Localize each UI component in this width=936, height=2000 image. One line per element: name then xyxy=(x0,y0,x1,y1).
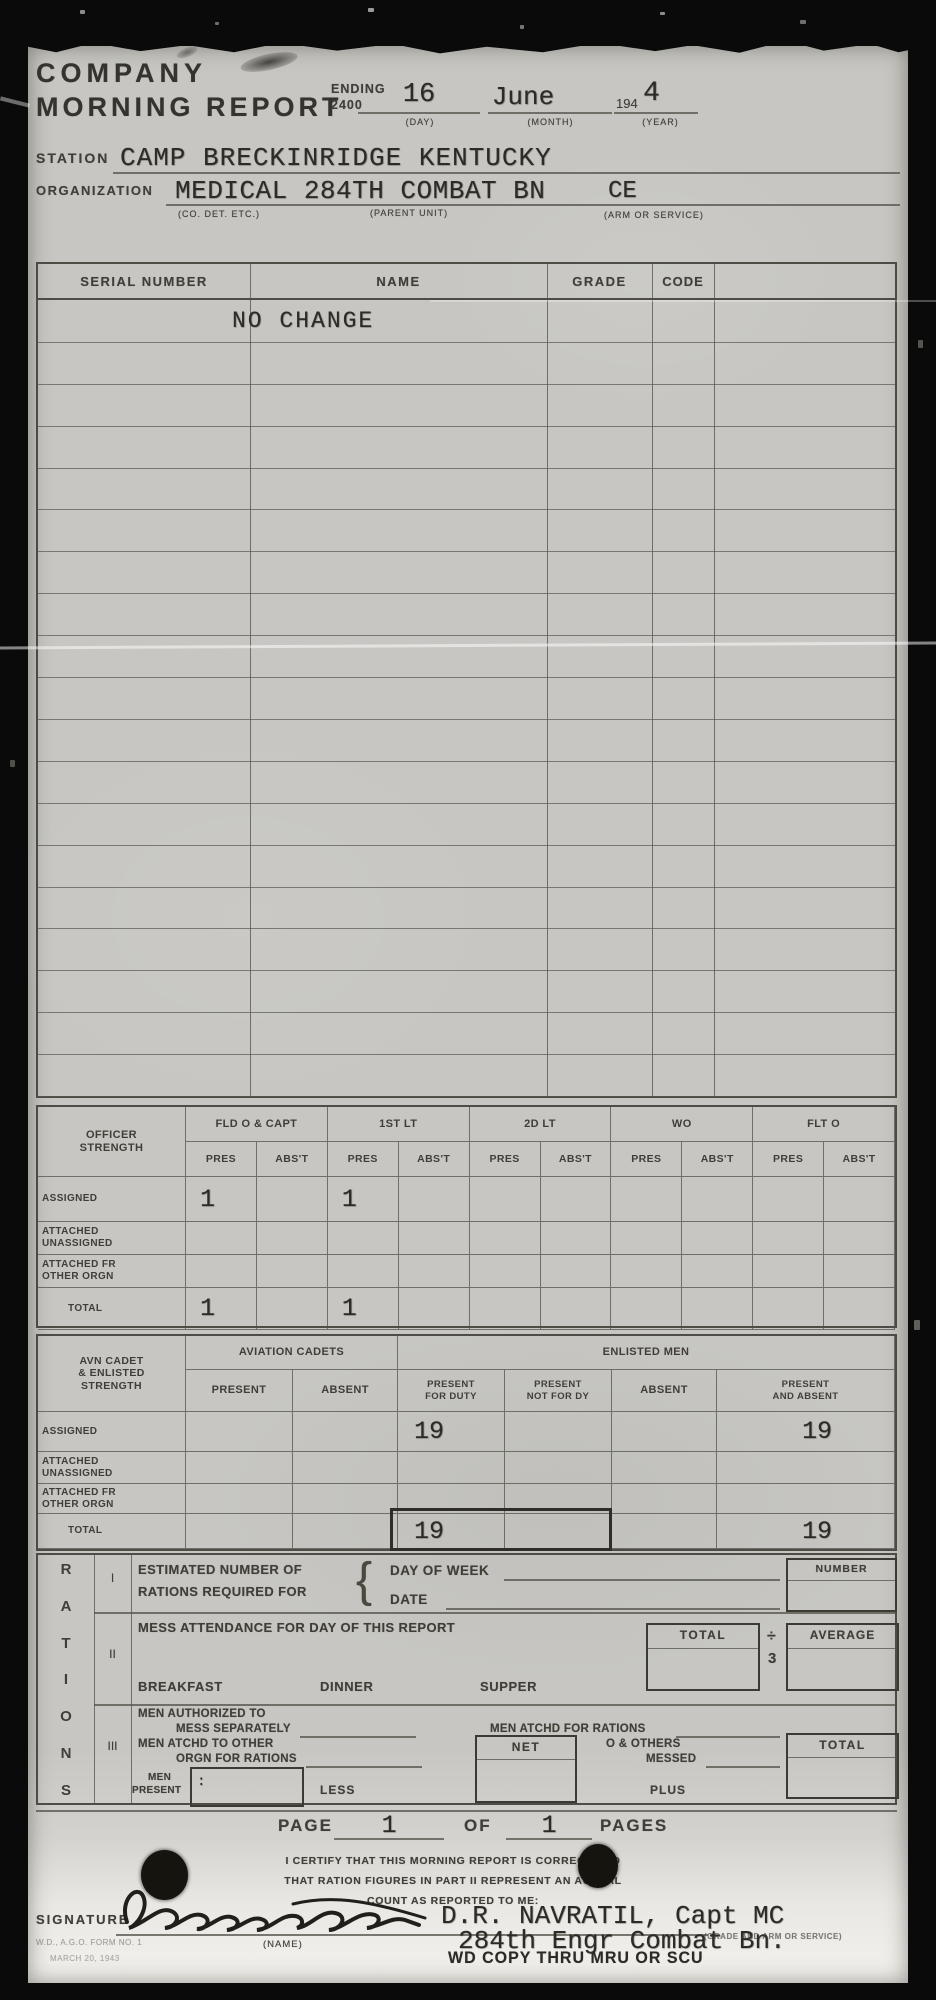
enlisted-value-cell xyxy=(717,1484,895,1514)
form-ref-line2: MARCH 20, 1943 xyxy=(50,1954,120,1963)
officer-value-cell xyxy=(541,1222,612,1255)
officer-row-label: ASSIGNED xyxy=(38,1177,186,1222)
enlisted-row-label: ATTACHED FROTHER ORGN xyxy=(38,1484,186,1514)
enlisted-value-cell xyxy=(186,1514,293,1549)
rations-section: RATIONS I II III ESTIMATED NUMBER OF RAT… xyxy=(36,1553,897,1805)
officer-row-label: ATTACHED FROTHER ORGN xyxy=(38,1255,186,1288)
month-underline xyxy=(488,112,612,114)
officer-subheader: ABS'T xyxy=(824,1142,895,1177)
roster-row xyxy=(38,970,895,1013)
officer-value-cell xyxy=(399,1288,470,1330)
grade-arm-sublabel: (GRADE AND ARM OR SERVICE) xyxy=(704,1932,842,1941)
officer-subheader: PRES xyxy=(186,1142,257,1177)
station-value: CAMP BRECKINRIDGE KENTUCKY xyxy=(120,143,552,173)
enlisted-value-cell xyxy=(293,1412,398,1452)
dinner-label: DINNER xyxy=(320,1679,373,1694)
men-authorized-line2: MESS SEPARATELY xyxy=(176,1723,291,1735)
officer-value-cell xyxy=(399,1255,470,1288)
roster-row xyxy=(38,803,895,846)
rations-letter: S xyxy=(61,1782,71,1799)
officer-subheader: PRES xyxy=(470,1142,541,1177)
name-sublabel: (NAME) xyxy=(263,1939,303,1950)
plus-label: PLUS xyxy=(650,1783,686,1797)
enlisted-typed-value: 19 xyxy=(717,1517,894,1546)
rations-letter: A xyxy=(61,1598,72,1615)
film-speck xyxy=(80,10,85,14)
less-label: LESS xyxy=(320,1783,355,1797)
rations-part2-numeral: II xyxy=(94,1647,131,1661)
enlisted-value-cell xyxy=(186,1412,293,1452)
officer-subheader: ABS'T xyxy=(257,1142,328,1177)
day-underline xyxy=(358,112,480,114)
officer-value-cell xyxy=(753,1288,824,1330)
rations-divider xyxy=(131,1555,132,1803)
scan-border-left xyxy=(0,0,28,2000)
enlisted-typed-value: 19 xyxy=(398,1417,504,1446)
officer-value-cell xyxy=(611,1288,682,1330)
roster-header-grade: GRADE xyxy=(547,274,652,289)
officer-typed-value: 1 xyxy=(328,1294,398,1323)
colon-mark: : xyxy=(197,1774,205,1790)
net-box-label: NET xyxy=(477,1740,575,1754)
men-atchd-underline xyxy=(676,1736,780,1738)
officer-value-cell xyxy=(328,1222,399,1255)
men-present-line2: PRESENT xyxy=(132,1785,181,1796)
film-speck xyxy=(660,12,665,15)
organization-label: ORGANIZATION xyxy=(36,183,153,198)
officer-row-label: ATTACHEDUNASSIGNED xyxy=(38,1222,186,1255)
rations-total-box: TOTAL xyxy=(786,1733,899,1799)
year-sublabel: (YEAR) xyxy=(618,117,703,127)
roster-header-code: CODE xyxy=(652,274,714,289)
enlisted-corner-cell: AVN CADET& ENLISTEDSTRENGTH xyxy=(38,1336,186,1412)
officer-group-header: FLD O & CAPT xyxy=(186,1107,328,1142)
enlisted-value-cell xyxy=(612,1412,717,1452)
unit-sublabel: (CO. DET. ETC.) xyxy=(178,209,260,219)
officer-value-cell xyxy=(186,1222,257,1255)
wd-copy-stamp: WD COPY THRU MRU OR SCU xyxy=(448,1950,704,1969)
rations-letter: N xyxy=(61,1745,72,1762)
page-value: 1 xyxy=(334,1811,444,1840)
divisor-three: 3 xyxy=(768,1650,776,1667)
enlisted-value-cell xyxy=(612,1484,717,1514)
enlisted-value-cell xyxy=(398,1452,505,1484)
ink-smudge xyxy=(239,48,299,76)
supper-label: SUPPER xyxy=(480,1679,537,1694)
officer-row-label: TOTAL xyxy=(38,1288,186,1330)
form-bottom-rule xyxy=(36,1810,897,1812)
film-speck xyxy=(368,8,374,12)
scratch-line xyxy=(430,300,936,302)
others-line1: O & OTHERS xyxy=(606,1738,681,1750)
enlisted-value-cell xyxy=(293,1452,398,1484)
officer-value-cell xyxy=(824,1255,895,1288)
page-label: PAGE xyxy=(278,1816,333,1836)
organization-underline xyxy=(166,204,900,206)
roster-row xyxy=(38,1012,895,1055)
station-label: STATION xyxy=(36,150,109,166)
enlisted-value-cell xyxy=(717,1452,895,1484)
officer-group-header: 2D LT xyxy=(470,1107,612,1142)
parent-unit-sublabel: (PARENT UNIT) xyxy=(370,208,448,218)
handwritten-signature xyxy=(113,1878,443,1938)
officer-value-cell xyxy=(753,1222,824,1255)
average-box: AVERAGE xyxy=(786,1623,899,1691)
day-sublabel: (DAY) xyxy=(380,117,460,127)
officer-value-cell xyxy=(541,1288,612,1330)
pages-label: PAGES xyxy=(600,1816,668,1836)
officer-value-cell xyxy=(682,1177,753,1222)
officer-strength-table: OFFICERSTRENGTHFLD O & CAPT1ST LT2D LTWO… xyxy=(36,1105,897,1328)
officer-typed-value: 1 xyxy=(186,1185,256,1214)
enlisted-group-header: ENLISTED MEN xyxy=(398,1336,895,1370)
officer-group-header: 1ST LT xyxy=(328,1107,470,1142)
pages-value: 1 xyxy=(506,1811,592,1840)
orgn-rations-underline xyxy=(306,1766,422,1768)
form-ref-line1: W.D., A.G.O. FORM NO. 1 xyxy=(36,1938,142,1947)
enlisted-value-cell: 19 xyxy=(717,1412,895,1452)
officer-subheader: PRES xyxy=(328,1142,399,1177)
film-speck xyxy=(918,340,923,348)
officer-value-cell xyxy=(541,1255,612,1288)
officer-value-cell xyxy=(824,1288,895,1330)
roster-row xyxy=(38,426,895,469)
estimated-rations-line2: RATIONS REQUIRED FOR xyxy=(138,1584,307,1599)
messed-underline xyxy=(706,1766,780,1768)
roster-row xyxy=(38,761,895,804)
film-speck xyxy=(914,1320,920,1330)
enlisted-value-cell xyxy=(186,1452,293,1484)
officer-subheader: ABS'T xyxy=(682,1142,753,1177)
roster-row xyxy=(38,1054,895,1097)
of-label: OF xyxy=(464,1816,492,1836)
breakfast-label: BREAKFAST xyxy=(138,1679,223,1694)
others-line2: MESSED xyxy=(646,1753,696,1765)
rations-letter: O xyxy=(60,1708,72,1725)
officer-value-cell xyxy=(682,1288,753,1330)
roster-table: SERIAL NUMBER NAME GRADE CODE NO CHANGE xyxy=(36,262,897,1098)
officer-value-cell xyxy=(753,1177,824,1222)
year-printed: 194 xyxy=(616,96,638,111)
enlisted-column-header: PRESENTAND ABSENT xyxy=(717,1370,895,1412)
scanned-morning-report: COMPANY MORNING REPORT ENDING 2400 16 (D… xyxy=(0,0,936,2000)
enlisted-typed-value: 19 xyxy=(717,1417,894,1446)
officer-value-cell: 1 xyxy=(328,1177,399,1222)
year-underline xyxy=(614,112,698,114)
officer-value-cell xyxy=(399,1177,470,1222)
enlisted-value-cell xyxy=(186,1484,293,1514)
rations-letter: T xyxy=(61,1635,70,1652)
day-of-week-label: DAY OF WEEK xyxy=(390,1563,489,1578)
day-of-week-underline xyxy=(504,1579,780,1581)
officer-value-cell xyxy=(470,1222,541,1255)
roster-row xyxy=(38,845,895,888)
enlisted-value-cell xyxy=(612,1452,717,1484)
officer-value-cell xyxy=(328,1255,399,1288)
enlisted-value-cell: 19 xyxy=(398,1412,505,1452)
brace-glyph: { xyxy=(356,1553,372,1608)
officer-value-cell xyxy=(257,1177,328,1222)
enlisted-column-header: ABSENT xyxy=(612,1370,717,1412)
film-speck xyxy=(520,25,524,29)
form-title-line1: COMPANY xyxy=(36,58,207,89)
estimated-rations-line1: ESTIMATED NUMBER OF xyxy=(138,1562,302,1577)
average-box-label: AVERAGE xyxy=(788,1628,897,1642)
enlisted-column-header: PRESENTNOT FOR DY xyxy=(505,1370,612,1412)
month-value: June xyxy=(453,82,593,112)
men-present-box: : xyxy=(190,1767,304,1807)
enlisted-total-emphasis-box xyxy=(390,1508,612,1551)
officer-corner-cell: OFFICERSTRENGTH xyxy=(38,1107,186,1177)
officer-subheader: PRES xyxy=(611,1142,682,1177)
officer-value-cell xyxy=(682,1255,753,1288)
roster-row xyxy=(38,551,895,594)
number-box: NUMBER xyxy=(786,1558,897,1612)
scan-border-bottom xyxy=(0,1983,936,2000)
roster-row xyxy=(38,342,895,385)
roster-row xyxy=(38,887,895,930)
officer-typed-value: 1 xyxy=(328,1185,398,1214)
film-speck xyxy=(800,20,806,24)
enlisted-row-label: ATTACHEDUNASSIGNED xyxy=(38,1452,186,1484)
roster-row xyxy=(38,677,895,720)
roster-row xyxy=(38,719,895,762)
officer-value-cell xyxy=(257,1222,328,1255)
rations-part-divider xyxy=(94,1612,895,1614)
officer-value-cell xyxy=(257,1255,328,1288)
film-speck xyxy=(215,22,219,25)
net-box: NET xyxy=(475,1735,577,1803)
officer-value-cell xyxy=(611,1255,682,1288)
rations-part1-numeral: I xyxy=(94,1571,131,1585)
organization-value: MEDICAL 284TH COMBAT BN xyxy=(175,176,545,206)
month-sublabel: (MONTH) xyxy=(493,117,608,127)
officer-value-cell xyxy=(470,1177,541,1222)
officer-value-cell xyxy=(824,1177,895,1222)
officer-group-header: FLT O xyxy=(753,1107,895,1142)
men-atchd-for-rations-label: MEN ATCHD FOR RATIONS xyxy=(490,1723,646,1735)
roster-row xyxy=(38,468,895,511)
officer-value-cell xyxy=(257,1288,328,1330)
mess-separately-underline xyxy=(300,1736,416,1738)
enlisted-column-header: ABSENT xyxy=(293,1370,398,1412)
enlisted-value-cell: 19 xyxy=(717,1514,895,1549)
date-label: DATE xyxy=(390,1592,428,1607)
enlisted-value-cell xyxy=(505,1412,612,1452)
roster-row xyxy=(38,593,895,636)
men-present-line1: MEN xyxy=(148,1772,171,1783)
enlisted-value-cell xyxy=(505,1452,612,1484)
divide-symbol: ÷ xyxy=(767,1628,776,1646)
officer-value-cell xyxy=(541,1177,612,1222)
rations-divider xyxy=(94,1555,95,1803)
rations-part3-numeral: III xyxy=(94,1739,131,1753)
enlisted-column-header: PRESENT xyxy=(186,1370,293,1412)
atchd-other-line2: ORGN FOR RATIONS xyxy=(176,1753,297,1765)
officer-value-cell xyxy=(824,1222,895,1255)
form-paper: COMPANY MORNING REPORT ENDING 2400 16 (D… xyxy=(28,46,908,1983)
officer-subheader: ABS'T xyxy=(541,1142,612,1177)
officer-value-cell xyxy=(611,1177,682,1222)
rations-letter: I xyxy=(64,1671,68,1688)
officer-typed-value: 1 xyxy=(186,1294,256,1323)
roster-row xyxy=(38,384,895,427)
mess-attendance-heading: MESS ATTENDANCE FOR DAY OF THIS REPORT xyxy=(138,1620,455,1635)
atchd-other-line1: MEN ATCHD TO OTHER xyxy=(138,1738,274,1750)
enlisted-row-label: TOTAL xyxy=(38,1514,186,1549)
officer-value-cell xyxy=(682,1222,753,1255)
officer-value-cell xyxy=(470,1255,541,1288)
mess-total-box-label: TOTAL xyxy=(648,1628,758,1642)
officer-value-cell xyxy=(186,1255,257,1288)
enlisted-column-header: PRESENTFOR DUTY xyxy=(398,1370,505,1412)
film-speck xyxy=(10,760,15,767)
enlisted-value-cell xyxy=(293,1514,398,1549)
date-underline xyxy=(446,1608,780,1610)
officer-subheader: ABS'T xyxy=(399,1142,470,1177)
roster-row xyxy=(38,510,895,553)
officer-value-cell xyxy=(611,1222,682,1255)
station-underline xyxy=(113,172,900,174)
rations-letter: R xyxy=(61,1561,72,1578)
enlisted-value-cell xyxy=(612,1514,717,1549)
enlisted-row-label: ASSIGNED xyxy=(38,1412,186,1452)
cadets-group-header: AVIATION CADETS xyxy=(186,1336,398,1370)
punch-hole-right xyxy=(578,1844,618,1888)
rations-total-box-label: TOTAL xyxy=(788,1738,897,1752)
arm-service-sublabel: (ARM OR SERVICE) xyxy=(604,210,704,220)
form-title-line2: MORNING REPORT xyxy=(36,92,343,123)
officer-subheader: PRES xyxy=(753,1142,824,1177)
officer-value-cell: 1 xyxy=(186,1288,257,1330)
rations-part-divider xyxy=(94,1704,895,1706)
officer-value-cell: 1 xyxy=(186,1177,257,1222)
officer-value-cell xyxy=(470,1288,541,1330)
arm-service-value: CE xyxy=(608,178,637,205)
mess-total-box: TOTAL xyxy=(646,1623,760,1691)
number-box-label: NUMBER xyxy=(788,1563,895,1575)
roster-header-serial: SERIAL NUMBER xyxy=(38,274,250,289)
officer-value-cell xyxy=(753,1255,824,1288)
officer-group-header: WO xyxy=(611,1107,753,1142)
year-value: 4 xyxy=(643,78,660,109)
roster-header-name: NAME xyxy=(250,274,547,289)
roster-row xyxy=(38,300,895,343)
rations-vertical-label: RATIONS xyxy=(38,1561,94,1799)
roster-row xyxy=(38,929,895,972)
men-authorized-line1: MEN AUTHORIZED TO xyxy=(138,1708,266,1720)
roster-entry: NO CHANGE xyxy=(232,308,374,334)
officer-value-cell: 1 xyxy=(328,1288,399,1330)
enlisted-value-cell xyxy=(293,1484,398,1514)
officer-value-cell xyxy=(399,1222,470,1255)
